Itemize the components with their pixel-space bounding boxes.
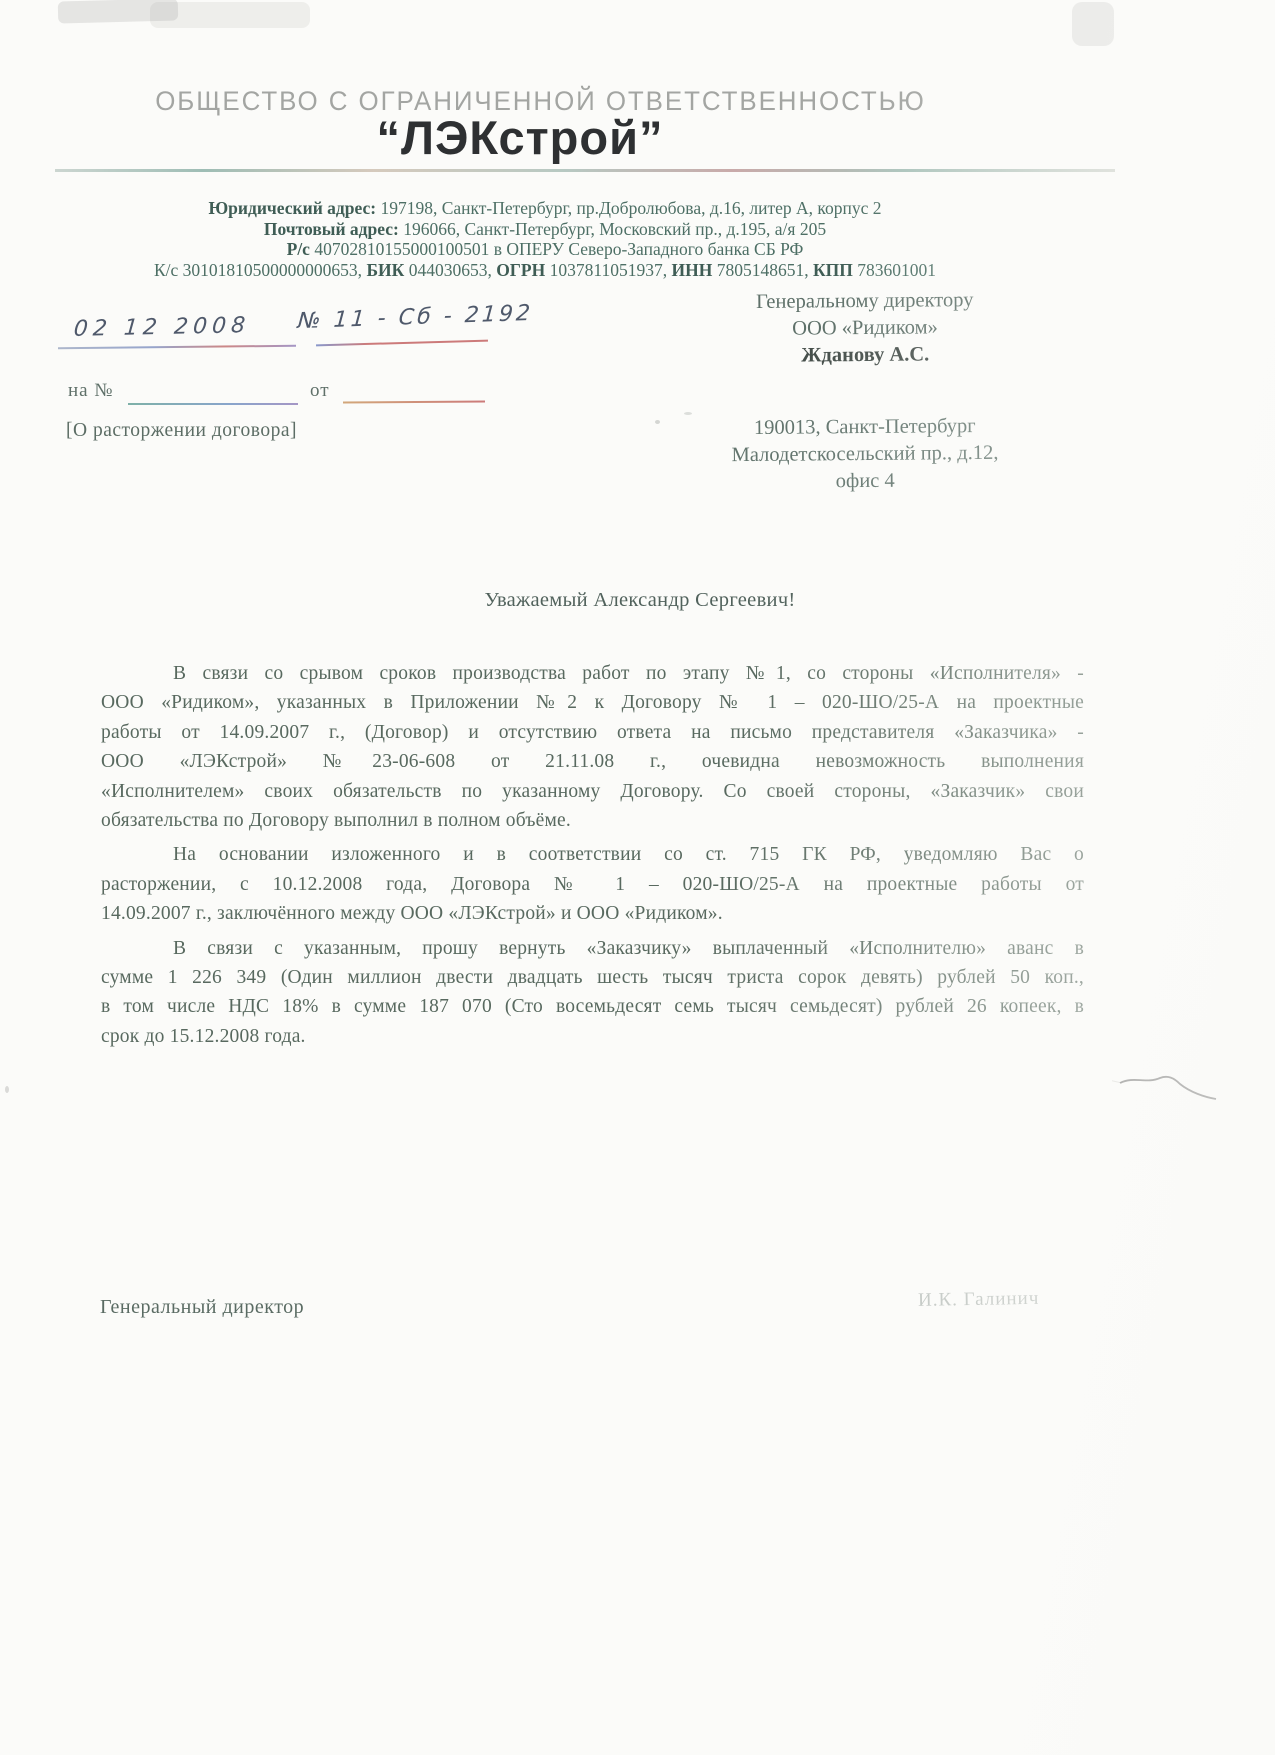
paragraph-1: В связи со срывом сроков производства ра… [101,659,1084,835]
subject-line: [О расторжении договора] [66,420,297,442]
addressee-city: 190013, Санкт-Петербург [645,412,1085,443]
date-underline [58,345,296,349]
paragraph-3: В связи с указанным, прошу вернуть «Зака… [101,934,1084,1052]
addressee-block: Генеральному директору ООО «Ридиком» Жда… [645,286,1086,371]
scan-smudge-artifact [150,2,310,28]
addressee-name: Жданову А.С. [645,340,1085,371]
addressee-position: Генеральному директору [645,286,1085,317]
pen-scratch-artifact [1112,1068,1222,1110]
signature-title: Генеральный директор [100,1296,304,1319]
scan-dot-artifact [5,1086,9,1093]
body-line: «Исполнителем» своих обязательств по ука… [101,777,1084,806]
postal-address-line: Почтовый адрес: 196066, Санкт-Петербург,… [95,219,995,240]
outgoing-number-handwritten: № 11 - Сб - 2192 [297,301,534,334]
addressee-company: ООО «Ридиком» [645,313,1085,344]
outgoing-date-handwritten: 02 12 2008 [73,313,251,342]
body-line: срок до 15.12.2008 года. [101,1022,1084,1051]
body-line: ООО «ЛЭКстрой» №23-06-608 от 21.11.08 г.… [101,747,1084,776]
scan-smudge-artifact [1072,2,1114,46]
body-line: ООО «Ридиком», указанных в Приложении №2… [101,688,1084,717]
letterhead-org-name: “ЛЭКстрой” [140,110,900,165]
letter-body: В связи со срывом сроков производства ра… [101,659,1084,1056]
bank-requisites-line: К/с 30101810500000000653, БИК 044030653,… [95,260,995,281]
reply-date-blank-underline [343,401,485,404]
scan-smudge-artifact [58,0,179,24]
bank-account-line: Р/с 40702810155000100501 в ОПЕРУ Северо-… [95,239,995,260]
body-line: работы от 14.09.2007 г., (Договор) и отс… [101,718,1084,747]
body-line: В связи со срывом сроков производства ра… [101,659,1084,688]
addressee-address-block: 190013, Санкт-Петербург Малодетскосельск… [645,412,1086,497]
letterhead-address-block: Юридический адрес: 197198, Санкт-Петербу… [95,198,995,280]
reply-date-label: от [310,380,330,402]
legal-address-line: Юридический адрес: 197198, Санкт-Петербу… [95,198,995,219]
body-line: В связи с указанным, прошу вернуть «Зака… [101,934,1084,963]
body-line: 14.09.2007 г., заключённого между ООО «Л… [101,899,1084,928]
number-underline [316,340,488,347]
letterhead-divider-line [55,169,1115,172]
addressee-street: Малодетскосельский пр., д.12, [645,439,1085,470]
signature-name: И.К. Галинич [918,1286,1138,1312]
reply-number-blank-underline [128,403,298,405]
body-line: обязательства по Договору выполнил в пол… [101,806,1084,835]
reply-to-number-label: на № [68,380,113,402]
body-line: На основании изложенного и в соответстви… [101,840,1084,869]
body-line: сумме 1 226 349 (Один миллион двести два… [101,963,1084,992]
body-line: расторжении, с 10.12.2008 года, Договора… [101,870,1084,899]
salutation: Уважаемый Александр Сергеевич! [420,589,860,612]
scanned-letter-page: ОБЩЕСТВО С ОГРАНИЧЕННОЙ ОТВЕТСТВЕННОСТЬЮ… [0,0,1275,1755]
body-line: в том числе НДС 18% в сумме 187 070 (Сто… [101,992,1084,1021]
addressee-office: офис 4 [645,466,1085,497]
paragraph-2: На основании изложенного и в соответстви… [101,840,1084,928]
